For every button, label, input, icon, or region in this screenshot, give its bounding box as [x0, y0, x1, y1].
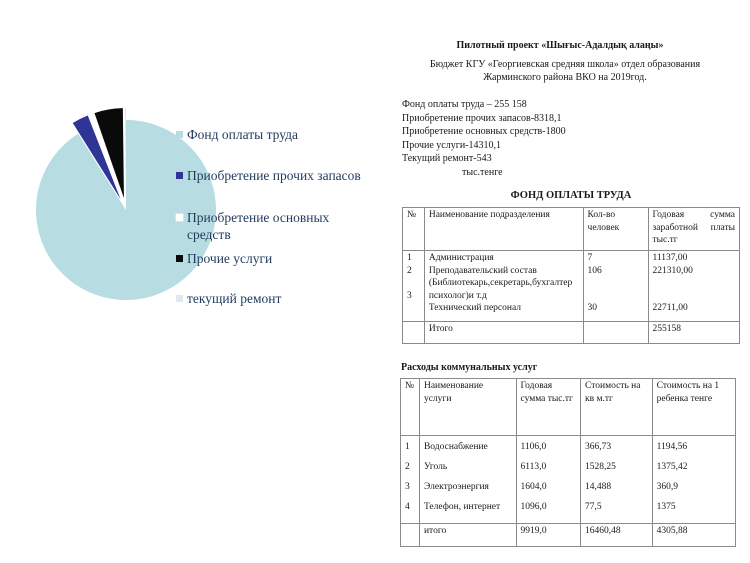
- cell-per-sqm: 366,73: [581, 436, 653, 461]
- row-sum: 221310,00: [653, 265, 735, 278]
- row-num: 2: [407, 265, 420, 278]
- header-line: заработной платы: [653, 222, 735, 235]
- header-cell-num: №: [401, 379, 420, 436]
- total-per-child: 4305,88: [652, 524, 735, 547]
- legend-label: Приобретение прочих запасов: [187, 167, 387, 184]
- header-line: тыс.тг: [653, 234, 735, 247]
- budget-summary: Фонд оплаты труда – 255 158 Приобретение…: [402, 98, 566, 179]
- table-row: 2 Уголь 6113,0 1528,25 1375,42: [401, 460, 736, 480]
- legend-item-other-services: Прочие услуги: [176, 250, 387, 267]
- legend-label: Фонд оплаты труда: [187, 126, 387, 143]
- table-total-row: Итого 255158: [403, 322, 740, 344]
- row-name: (Библиотекарь,секретарь,бухгалтер: [429, 277, 579, 290]
- legend-label: Прочие услуги: [187, 250, 387, 267]
- total-sum: 255158: [648, 322, 739, 344]
- payroll-table: № Наименование подразделения Кол-во чело…: [402, 207, 740, 344]
- summary-line-fixed-assets: Приобретение основных средств-1800: [402, 125, 566, 139]
- summary-line-supplies: Приобретение прочих запасов-8318,1: [402, 112, 566, 126]
- cell-num: 3: [401, 480, 420, 500]
- legend-label: текущий ремонт: [187, 290, 387, 307]
- cell-per-sqm: 77,5: [581, 500, 653, 524]
- row-name: Технический персонал: [429, 302, 579, 315]
- row-name: Преподавательский состав: [429, 265, 579, 278]
- cell-annual: 1106,0: [516, 436, 581, 461]
- cell-empty: [583, 322, 648, 344]
- total-label: итого: [419, 524, 516, 547]
- row-sum: 11137,00: [653, 252, 735, 265]
- row-count: 106: [588, 265, 644, 278]
- table-row: 3 Электроэнергия 1604,0 14,488 360,9: [401, 480, 736, 500]
- cell-name: Уголь: [419, 460, 516, 480]
- header-line: человек: [588, 222, 644, 235]
- table-header-row: № Наименование услуги Годовая сумма тыс.…: [401, 379, 736, 436]
- cell-count: 7 106 30: [583, 251, 648, 322]
- row-count: 30: [588, 302, 644, 315]
- cell-num: 1: [401, 436, 420, 461]
- utilities-title: Расходы коммунальных услуг: [401, 362, 537, 373]
- cell-per-sqm: 1528,25: [581, 460, 653, 480]
- header-cell-name: Наименование подразделения: [424, 208, 583, 251]
- cell-annual: 1604,0: [516, 480, 581, 500]
- summary-line-payroll: Фонд оплаты труда – 255 158: [402, 98, 566, 112]
- header-cell-per-sqm: Стоимость на кв м.тг: [581, 379, 653, 436]
- summary-line-other-services: Прочие услуги-14310,1: [402, 139, 566, 153]
- legend-swatch: [176, 131, 183, 138]
- legend-swatch: [176, 172, 183, 179]
- cell-per-child: 1194,56: [652, 436, 735, 461]
- row-num: 1: [407, 252, 420, 265]
- table-row: 1 2 3 Администрация Преподавательский со…: [403, 251, 740, 322]
- summary-unit: тыс.тенге: [402, 166, 566, 180]
- cell-per-child: 1375,42: [652, 460, 735, 480]
- cell-per-sqm: 14,488: [581, 480, 653, 500]
- cell-per-child: 360,9: [652, 480, 735, 500]
- header-cell-name: Наименование услуги: [419, 379, 516, 436]
- row-sum: 22711,00: [653, 302, 735, 315]
- cell-name: Электроэнергия: [419, 480, 516, 500]
- row-name: психолог)и т.д: [429, 290, 579, 303]
- payroll-title: ФОНД ОПЛАТЫ ТРУДА: [402, 190, 740, 201]
- header-line: Кол-во: [588, 209, 644, 222]
- cell-sum: 11137,00 221310,00 22711,00: [648, 251, 739, 322]
- subtitle-line: Бюджет КГУ «Георгиевская средняя школа» …: [400, 58, 730, 71]
- header-cell-count: Кол-во человек: [583, 208, 648, 251]
- document-title: Пилотный проект «Шығыс-Адалдық алаңы»: [390, 40, 730, 51]
- cell-num: 4: [401, 500, 420, 524]
- cell-empty: [401, 524, 420, 547]
- cell-empty: [403, 322, 425, 344]
- legend-label: Приобретение основных средств: [187, 209, 362, 243]
- header-cell-num: №: [403, 208, 425, 251]
- header-cell-sum: Годовая сумма заработной платы тыс.тг: [648, 208, 739, 251]
- legend-item-payroll: Фонд оплаты труда: [176, 126, 387, 143]
- legend-item-repair: текущий ремонт: [176, 290, 387, 307]
- summary-line-repair: Текущий ремонт-543: [402, 152, 566, 166]
- cell-per-child: 1375: [652, 500, 735, 524]
- pie-slice: [125, 108, 126, 198]
- row-num: 3: [407, 290, 420, 303]
- table-row: 1 Водоснабжение 1106,0 366,73 1194,56: [401, 436, 736, 461]
- cell-annual: 1096,0: [516, 500, 581, 524]
- cell-name: Водоснабжение: [419, 436, 516, 461]
- total-per-sqm: 16460,48: [581, 524, 653, 547]
- cell-num: 2: [401, 460, 420, 480]
- total-label: Итого: [424, 322, 583, 344]
- subtitle-line: Жарминского района ВКО на 2019год.: [400, 71, 730, 84]
- cell-name: Телефон, интернет: [419, 500, 516, 524]
- legend-swatch: [176, 214, 183, 221]
- table-total-row: итого 9919,0 16460,48 4305,88: [401, 524, 736, 547]
- legend-swatch: [176, 255, 183, 262]
- cell-num: 1 2 3: [403, 251, 425, 322]
- header-cell-per-child: Стоимость на 1 ребенка тенге: [652, 379, 735, 436]
- row-name: Администрация: [429, 252, 579, 265]
- table-header-row: № Наименование подразделения Кол-во чело…: [403, 208, 740, 251]
- legend-item-supplies: Приобретение прочих запасов: [176, 167, 387, 184]
- utilities-table: № Наименование услуги Годовая сумма тыс.…: [400, 378, 736, 547]
- cell-name: Администрация Преподавательский состав (…: [424, 251, 583, 322]
- header-line: Годовая сумма: [653, 209, 735, 222]
- row-count: 7: [588, 252, 644, 265]
- legend-item-fixed-assets: Приобретение основных средств: [176, 209, 362, 243]
- cell-annual: 6113,0: [516, 460, 581, 480]
- total-annual: 9919,0: [516, 524, 581, 547]
- legend-swatch: [176, 295, 183, 302]
- table-row: 4 Телефон, интернет 1096,0 77,5 1375: [401, 500, 736, 524]
- document-subtitle: Бюджет КГУ «Георгиевская средняя школа» …: [400, 58, 730, 84]
- header-cell-annual: Годовая сумма тыс.тг: [516, 379, 581, 436]
